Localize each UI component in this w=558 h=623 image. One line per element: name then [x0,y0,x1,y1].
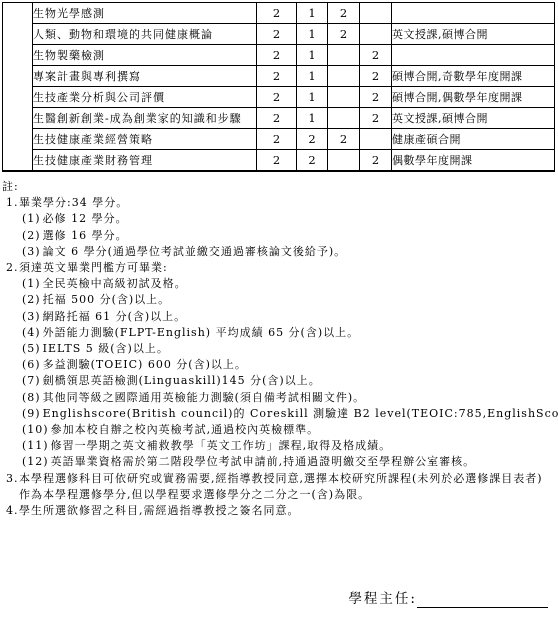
remark-cell: 健康產碩合開 [392,129,555,150]
credit-cell: 2 [328,3,360,24]
note-text: Englishscore(British council)的 Coreskill… [43,406,558,422]
credit-cell: 2 [360,66,392,87]
credit-cell: 2 [360,87,392,108]
note-text: 其他同等級之國際通用英檢能力測驗(須自備考試相關文件)。 [43,390,366,406]
remark-cell: 偶數學年度開課 [392,150,555,172]
credit-cell [328,66,360,87]
note-number: (10) [22,422,49,438]
credit-cell: 1 [297,87,328,108]
table-row: 生技健康產業經營策略 2 2 2 健康產碩合開 [3,129,555,150]
credit-cell: 2 [257,150,297,172]
credit-cell: 1 [297,24,328,45]
note-text: 英語畢業資格需於第二階段學位考試申請前,持通過證明繳交至學程辦公室審核。 [51,454,476,470]
note-subitem: (1) 必修 12 學分。 [2,211,558,227]
note-text: 畢業學分:34 學分。 [19,195,128,211]
credit-cell [360,24,392,45]
course-name: 人類、動物和環境的共同健康概論 [33,24,257,45]
remark-cell [392,3,555,24]
course-credit-table: 生物光學感測 2 1 2 人類、動物和環境的共同健康概論 2 1 2 英文授課,… [2,2,555,172]
note-number: (7) [22,373,41,389]
note-number: (2) [22,228,41,244]
remark-cell [392,45,555,66]
course-name: 生物製藥檢測 [33,45,257,66]
credit-cell: 1 [297,3,328,24]
note-text: IELTS 5 級(含)以上。 [43,341,169,357]
note-text: 選修 16 學分。 [43,228,128,244]
credit-cell: 1 [297,66,328,87]
note-subitem: (9) Englishscore(British council)的 Cores… [2,406,558,422]
note-number: 2. [6,260,19,276]
credit-cell: 1 [297,108,328,129]
credit-cell: 2 [297,129,328,150]
credit-cell: 2 [257,45,297,66]
note-item: 4. 學生所選欲修習之科目,需經過指導教授之簽名同意。 [2,503,558,519]
credit-cell: 2 [328,129,360,150]
credit-cell [328,87,360,108]
note-text: 須達英文畢業門檻方可畢業: [19,260,168,276]
notes-header: 註: [2,179,558,195]
note-text: 必修 12 學分。 [43,211,128,227]
note-subitem: (2) 托福 500 分(含)以上。 [2,292,558,308]
note-number: 3. [6,471,19,487]
course-name: 生醫創新創業-成為創業家的知識和步驟 [33,108,257,129]
course-name: 生技健康產業經營策略 [33,129,257,150]
note-subitem: (4) 外語能力測驗(FLPT-English) 平均成績 65 分(含)以上。 [2,325,558,341]
note-number: 1. [6,195,19,211]
credit-cell: 2 [360,108,392,129]
note-number: (3) [22,244,41,260]
note-number: (4) [22,325,41,341]
note-subitem: (6) 多益測驗(TOEIC) 600 分(含)以上。 [2,357,558,373]
note-number: (1) [22,211,41,227]
credit-cell: 2 [257,24,297,45]
note-number: (8) [22,390,41,406]
table-row: 生醫創新創業-成為創業家的知識和步驟 2 1 2 英文授課,碩博合開 [3,108,555,129]
note-number: 4. [6,503,19,519]
note-subitem: (1) 全民英檢中高級初試及格。 [2,276,558,292]
note-subitem: (8) 其他同等級之國際通用英檢能力測驗(須自備考試相關文件)。 [2,390,558,406]
course-name: 生物光學感測 [33,3,257,24]
note-number: (1) [22,276,41,292]
document-page: 生物光學感測 2 1 2 人類、動物和環境的共同健康概論 2 1 2 英文授課,… [0,2,558,623]
category-cell [3,3,33,172]
note-text: 劍橋領思英語檢測(Linguaskill)145 分(含)以上。 [43,373,321,389]
note-subitem: (10) 參加本校自辦之校內英檢考試,通過校內英檢標準。 [2,422,558,438]
note-text: 外語能力測驗(FLPT-English) 平均成績 65 分(含)以上。 [43,325,360,341]
credit-cell [328,45,360,66]
credit-cell: 1 [297,45,328,66]
credit-cell: 2 [257,87,297,108]
note-text: 學生所選欲修習之科目,需經過指導教授之簽名同意。 [19,503,300,519]
note-text: 參加本校自辦之校內英檢考試,通過校內英檢標準。 [51,422,320,438]
note-text: 網路托福 61 分(含)以上。 [43,309,187,325]
credit-cell: 2 [360,45,392,66]
note-number: (9) [22,406,41,422]
note-text: 多益測驗(TOEIC) 600 分(含)以上。 [43,357,247,373]
course-name: 生技健康產業財務管理 [33,150,257,172]
credit-cell: 2 [328,24,360,45]
note-text: 全民英檢中高級初試及格。 [43,276,187,292]
note-subitem: (3) 網路托福 61 分(含)以上。 [2,309,558,325]
note-number: (2) [22,292,41,308]
note-subitem: (12) 英語畢業資格需於第二階段學位考試申請前,持通過證明繳交至學程辦公室審核… [2,454,558,470]
table-row: 生技健康產業財務管理 2 2 2 偶數學年度開課 [3,150,555,172]
remark-cell: 碩博合開,奇數學年度開課 [392,66,555,87]
note-subitem: (5) IELTS 5 級(含)以上。 [2,341,558,357]
credit-cell: 2 [297,150,328,172]
note-item: 1. 畢業學分:34 學分。 [2,195,558,211]
signature-line [417,591,548,608]
note-number: (12) [22,454,49,470]
note-text: 修習一學期之英文補救教學「英文工作坊」課程,取得及格成績。 [51,438,392,454]
table-row: 專案計畫與專利撰寫 2 1 2 碩博合開,奇數學年度開課 [3,66,555,87]
note-subitem: (7) 劍橋領思英語檢測(Linguaskill)145 分(含)以上。 [2,373,558,389]
note-number: (3) [22,309,41,325]
remark-cell: 英文授課,碩博合開 [392,108,555,129]
table-row: 生物光學感測 2 1 2 [3,3,555,24]
note-text: 本學程選修科目可依研究或實務需要,經指導教授同意,選擇本校研究所課程(未列於必選… [19,471,543,487]
credit-cell [360,129,392,150]
credit-cell: 2 [257,108,297,129]
credit-cell [360,3,392,24]
remark-cell: 英文授課,碩博合開 [392,24,555,45]
course-name: 專案計畫與專利撰寫 [33,66,257,87]
remark-cell: 碩博合開,偶數學年度開課 [392,87,555,108]
note-number: (5) [22,341,41,357]
credit-cell: 2 [360,150,392,172]
credit-cell: 2 [257,66,297,87]
note-continuation: 作為本學程選修學分,但以學程要求選修學分之二分之一(含)為限。 [2,487,558,503]
note-number: (11) [22,438,49,454]
note-text: 論文 6 學分(通過學位考試並繳交通過審核論文後給予)。 [43,244,347,260]
note-subitem: (2) 選修 16 學分。 [2,228,558,244]
credit-cell: 2 [257,3,297,24]
signature-label: 學程主任: [348,590,417,608]
notes-section: 註: 1. 畢業學分:34 學分。 (1) 必修 12 學分。 (2) 選修 1… [2,179,558,519]
note-text: 托福 500 分(含)以上。 [43,292,171,308]
note-subitem: (3) 論文 6 學分(通過學位考試並繳交通過審核論文後給予)。 [2,244,558,260]
table-row: 人類、動物和環境的共同健康概論 2 1 2 英文授課,碩博合開 [3,24,555,45]
credit-cell: 2 [257,129,297,150]
table-row: 生物製藥檢測 2 1 2 [3,45,555,66]
note-item: 3. 本學程選修科目可依研究或實務需要,經指導教授同意,選擇本校研究所課程(未列… [2,471,558,487]
note-subitem: (11) 修習一學期之英文補救教學「英文工作坊」課程,取得及格成績。 [2,438,558,454]
table-row: 生技產業分析與公司評價 2 1 2 碩博合開,偶數學年度開課 [3,87,555,108]
note-text: 作為本學程選修學分,但以學程要求選修學分之二分之一(含)為限。 [19,487,370,503]
signature-row: 學程主任: [0,590,558,608]
credit-cell [328,108,360,129]
course-name: 生技產業分析與公司評價 [33,87,257,108]
credit-cell [328,150,360,172]
note-item: 2. 須達英文畢業門檻方可畢業: [2,260,558,276]
note-number: (6) [22,357,41,373]
